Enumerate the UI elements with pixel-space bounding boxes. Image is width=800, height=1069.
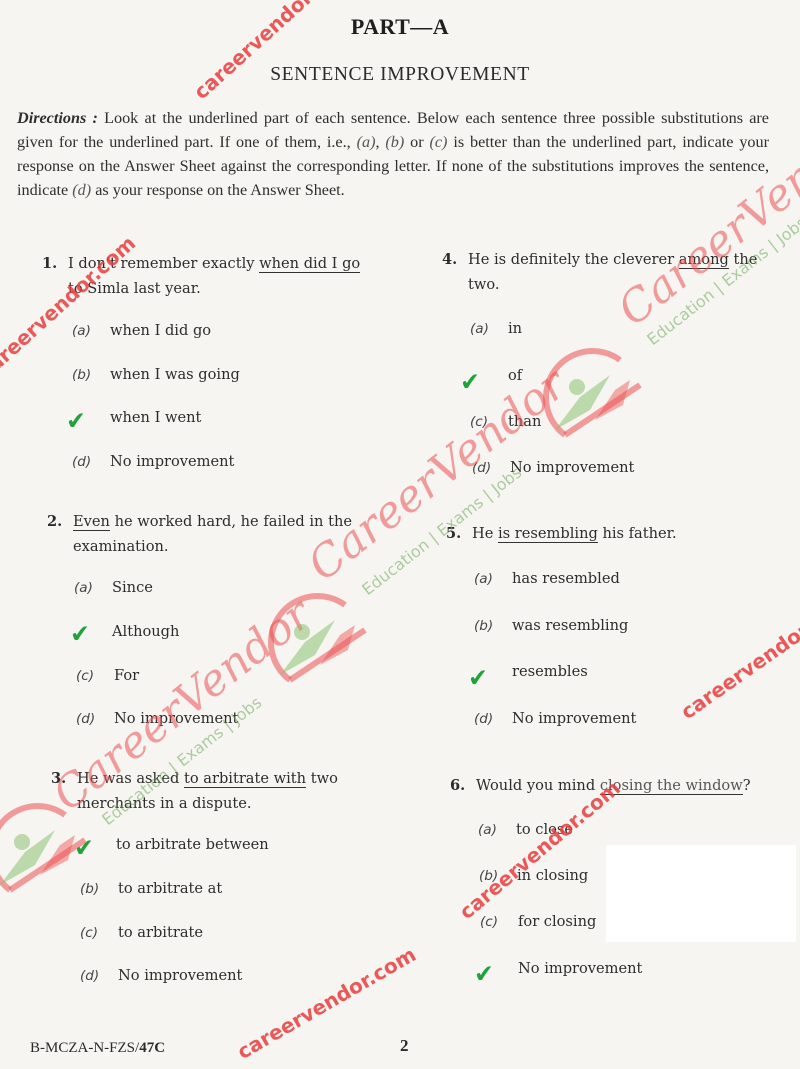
- option-3c[interactable]: (c)to arbitrate: [80, 924, 203, 941]
- option-1a[interactable]: (a)when I did go: [72, 322, 211, 339]
- option-6d[interactable]: (d)No improvement: [480, 960, 642, 977]
- watermark-logo-icon: [535, 335, 645, 445]
- option-5d[interactable]: (d)No improvement: [474, 710, 636, 727]
- watermark-logo-icon: [260, 580, 370, 690]
- question-stem: He is definitely the cleverer among the …: [468, 247, 773, 297]
- option-3a[interactable]: (a)to arbitrate between: [78, 836, 269, 853]
- underlined-part: among: [679, 251, 729, 269]
- underlined-part: when did I go: [259, 255, 360, 273]
- question-5: 5. He is resembling his father.: [472, 521, 782, 546]
- option-5a[interactable]: (a)has resembled: [474, 570, 620, 587]
- question-stem: He was asked to arbitrate with two merch…: [77, 766, 385, 816]
- exam-page: PART—A SENTENCE IMPROVEMENT Directions :…: [0, 0, 800, 1069]
- directions-label: Directions :: [17, 109, 98, 127]
- option-1d[interactable]: (d)No improvement: [72, 453, 234, 470]
- question-3: 3. He was asked to arbitrate with two me…: [77, 766, 385, 816]
- question-stem: I don't remember exactly when did I go t…: [68, 251, 373, 301]
- watermark-site: careervendor.com: [233, 942, 420, 1064]
- question-4: 4. He is definitely the cleverer among t…: [468, 247, 773, 297]
- option-2c[interactable]: (c)For: [76, 667, 139, 684]
- option-2a[interactable]: (a)Since: [74, 579, 153, 596]
- directions-paragraph: Directions : Look at the underlined part…: [17, 106, 769, 202]
- section-title: SENTENCE IMPROVEMENT: [0, 64, 800, 86]
- part-title: PART—A: [0, 14, 800, 40]
- option-4a[interactable]: (a)in: [470, 320, 522, 337]
- option-3b[interactable]: (b)to arbitrate at: [80, 880, 222, 897]
- option-5b[interactable]: (b)was resembling: [474, 617, 628, 634]
- option-1c[interactable]: (c)when I went: [72, 409, 201, 426]
- question-2: 2. Even he worked hard, he failed in the…: [73, 509, 383, 559]
- question-6: 6. Would you mind closing the window?: [476, 773, 796, 798]
- option-5c[interactable]: (c)resembles: [474, 663, 588, 680]
- page-number: 2: [400, 1036, 409, 1056]
- paper-code: B-MCZA-N-FZS/47C: [30, 1040, 165, 1057]
- watermark-site: careervendor.com: [676, 588, 800, 724]
- option-6a[interactable]: (a)to close: [478, 821, 573, 838]
- underlined-part: Even: [73, 513, 110, 531]
- check-mark-icon: ✔: [73, 835, 95, 860]
- option-6c[interactable]: (c)for closing: [480, 913, 596, 930]
- check-mark-icon: ✔: [473, 961, 495, 986]
- check-mark-icon: ✔: [467, 665, 489, 690]
- question-stem: Even he worked hard, he failed in the ex…: [73, 509, 383, 559]
- question-stem: Would you mind closing the window?: [476, 773, 796, 798]
- check-mark-icon: ✔: [69, 621, 91, 646]
- question-1: 1. I don't remember exactly when did I g…: [68, 251, 373, 301]
- underlined-part: is resembling: [498, 525, 598, 543]
- option-1b[interactable]: (b)when I was going: [72, 366, 240, 383]
- option-6b[interactable]: (b)in closing: [479, 867, 588, 884]
- option-3d[interactable]: (d)No improvement: [80, 967, 242, 984]
- option-2d[interactable]: (d)No improvement: [76, 710, 238, 727]
- whiteout-patch: [606, 845, 796, 942]
- question-stem: He is resembling his father.: [472, 521, 782, 546]
- underlined-part: closing the window: [600, 777, 743, 795]
- underlined-part: to arbitrate with: [184, 770, 306, 788]
- check-mark-icon: ✔: [459, 369, 481, 394]
- option-4d[interactable]: (d)No improvement: [472, 459, 634, 476]
- option-4c[interactable]: (c)than: [470, 413, 541, 430]
- check-mark-icon: ✔: [65, 408, 87, 433]
